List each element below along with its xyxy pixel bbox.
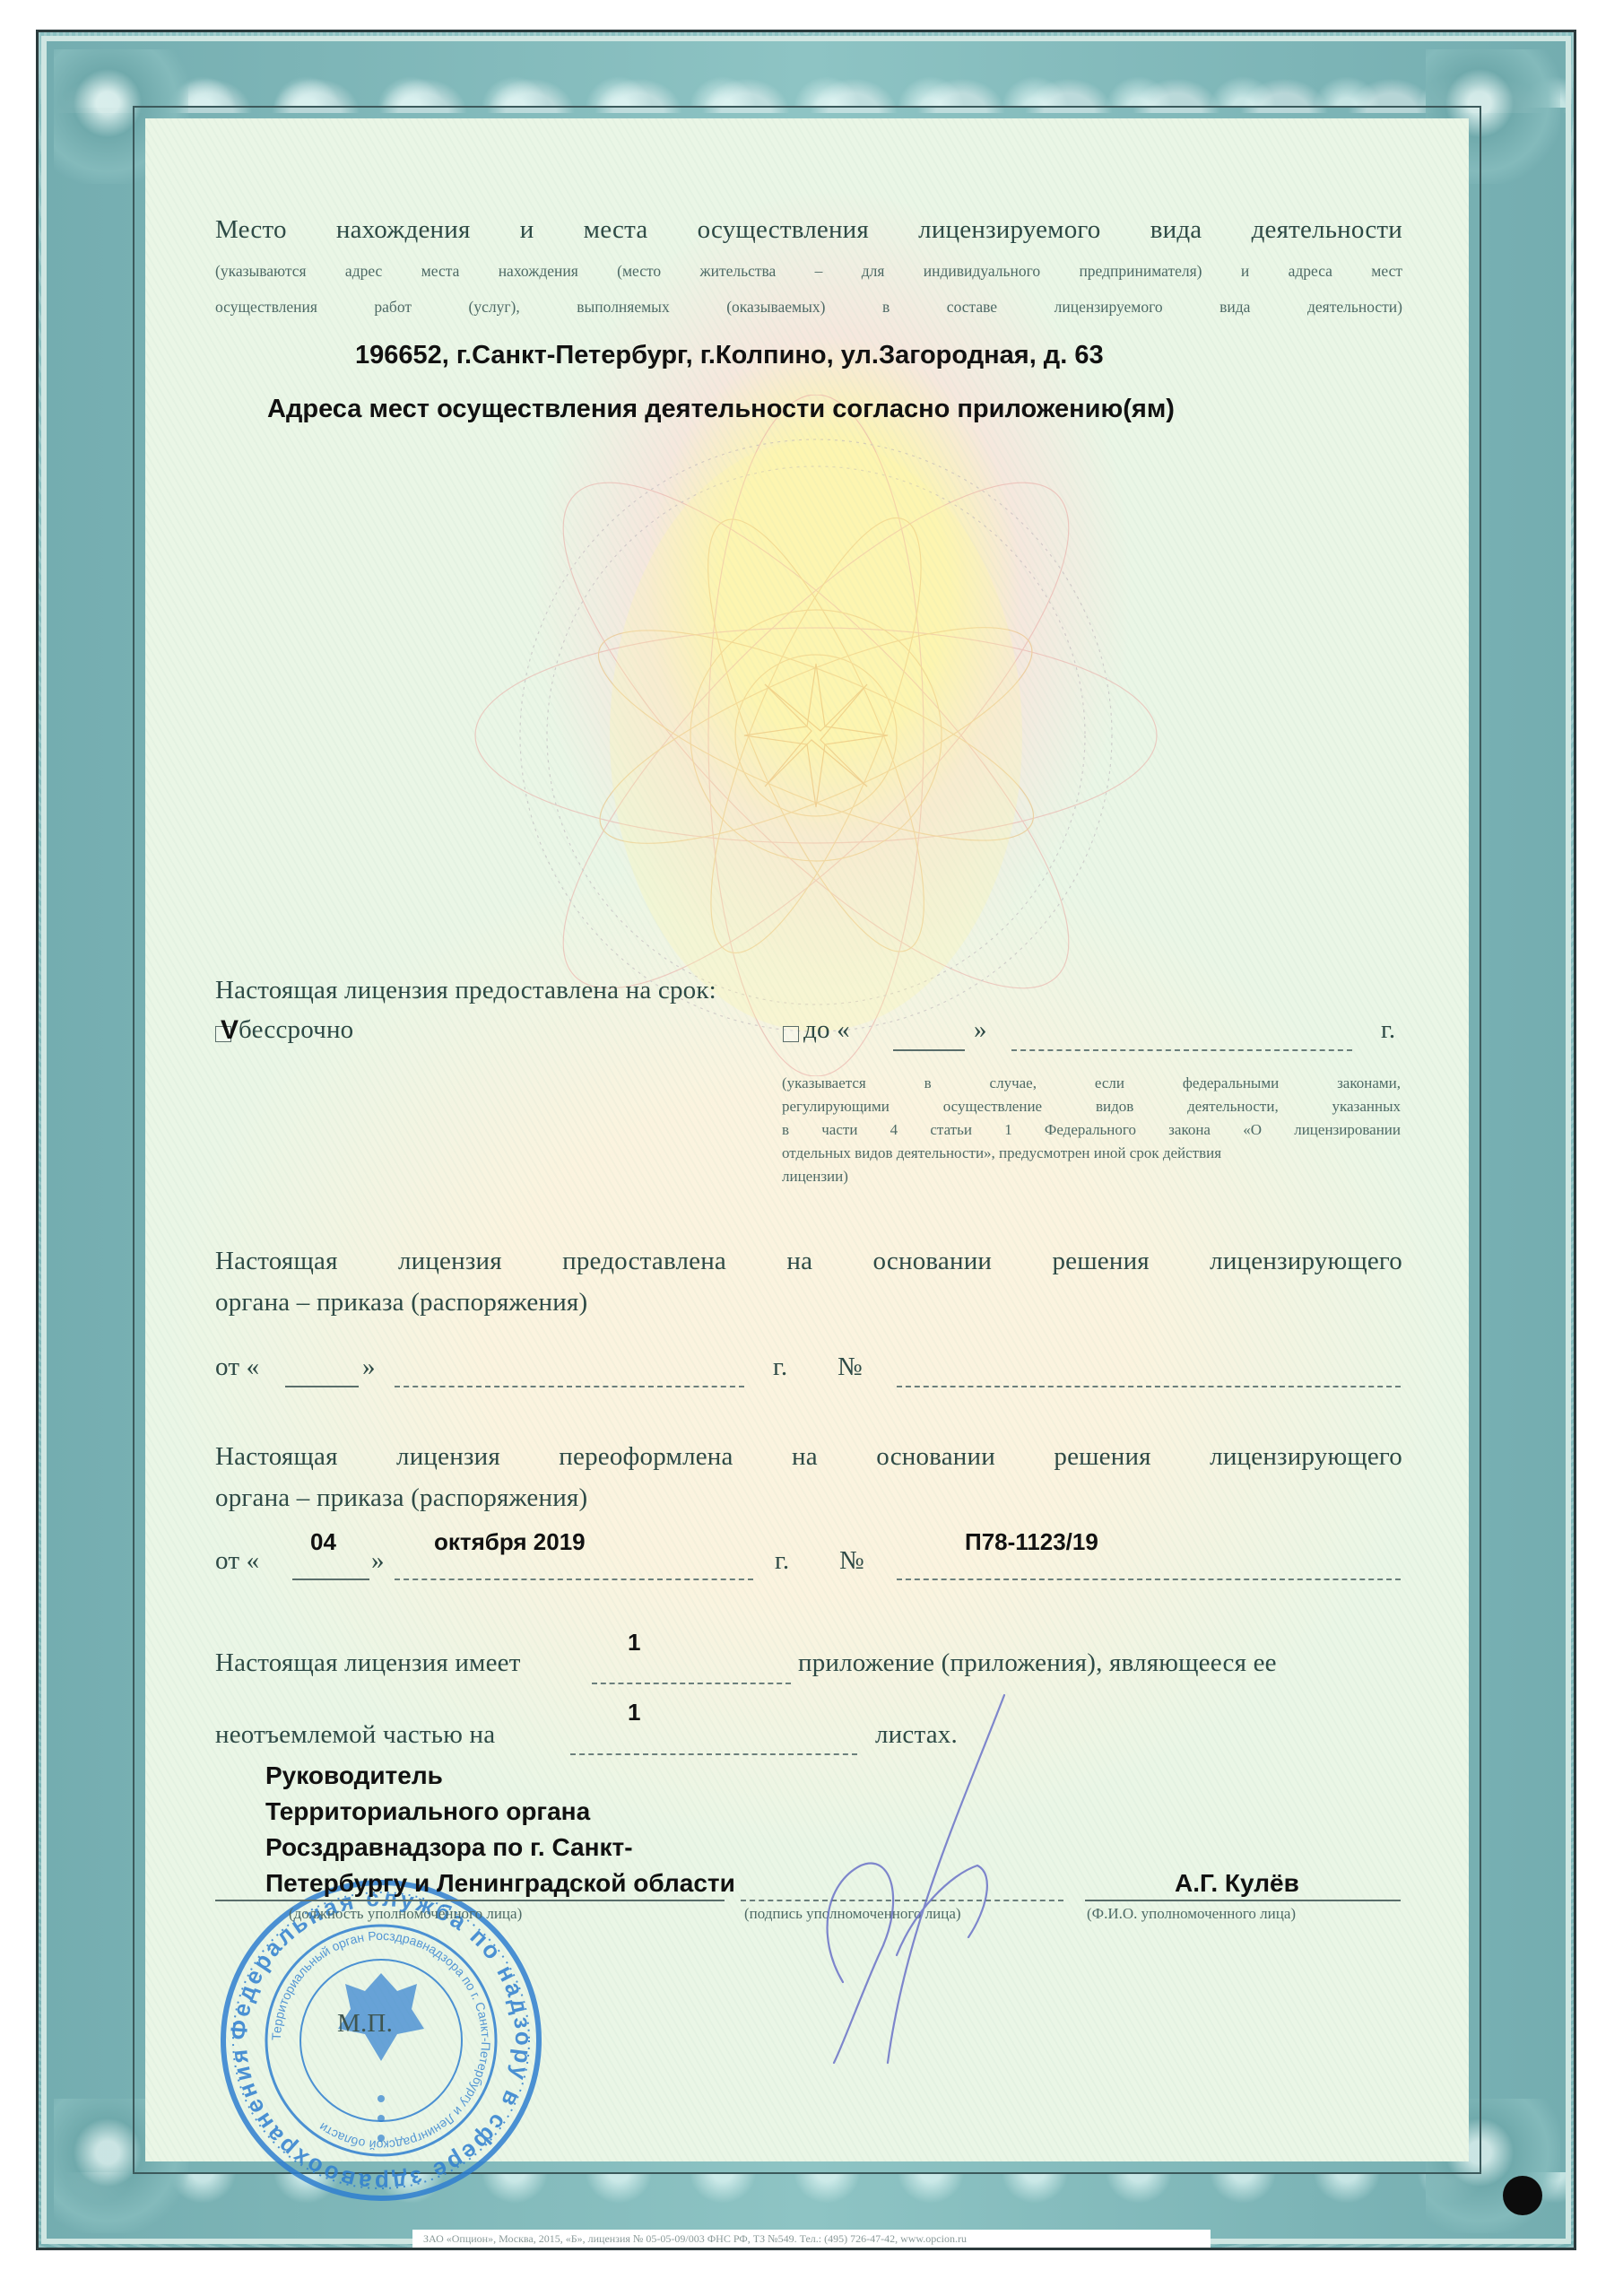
reissued-day-field[interactable] [292, 1578, 369, 1580]
caption-position: (должность уполномоченного лица) [289, 1905, 522, 1923]
reissued-day: 04 [310, 1528, 336, 1556]
granted-day-field[interactable] [285, 1386, 359, 1387]
location-hint-line-1: (указываются адрес места нахождения (мес… [215, 262, 1402, 281]
reissued-basis-line-1: Настоящая лицензия переоформлена на осно… [215, 1442, 1402, 1472]
position-line [215, 1900, 725, 1901]
reissued-month-year-field[interactable] [395, 1578, 753, 1580]
granted-number-field[interactable] [897, 1386, 1401, 1387]
reissued-order-number: П78-1123/19 [965, 1528, 1098, 1556]
term-heading: Настоящая лицензия предоставлена на срок… [215, 976, 716, 1005]
granted-month-year-field[interactable] [395, 1386, 744, 1387]
appendix-sheets: 1 [628, 1699, 640, 1726]
reissued-month-year: октября 2019 [434, 1528, 586, 1556]
granted-basis-line-2: органа – приказа (распоряжения) [215, 1288, 587, 1318]
reissued-basis-line-2: органа – приказа (распоряжения) [215, 1483, 587, 1513]
until-year-suffix: г. [1381, 1015, 1395, 1045]
check-mark-icon: V [221, 1015, 239, 1046]
until-checkbox[interactable] [783, 1026, 799, 1042]
reissued-number-field[interactable] [897, 1578, 1401, 1580]
signature-line[interactable] [741, 1900, 1063, 1901]
granted-basis-line-1: Настоящая лицензия предоставлена на осно… [215, 1247, 1402, 1276]
seal-place-label: М.П. [337, 2009, 393, 2039]
hole-punch-mark [1503, 2176, 1542, 2215]
appendix-sheets-field[interactable] [570, 1753, 857, 1755]
until-day-field[interactable] [893, 1049, 965, 1051]
name-line [1085, 1900, 1401, 1901]
until-quote-close: » [974, 1015, 987, 1045]
appendix-count-field[interactable] [592, 1683, 791, 1684]
location-heading: Место нахождения и места осуществления л… [215, 215, 1402, 245]
number-sign: № [838, 1352, 863, 1382]
caption-signature: (подпись уполномоченного лица) [744, 1905, 961, 1923]
number-sign: № [839, 1546, 864, 1576]
until-prefix: до « [803, 1015, 850, 1045]
official-seal-stamp: Федеральная служба по надзору в сфере зд… [215, 1874, 547, 2206]
signatory-name: А.Г. Кулёв [1175, 1869, 1299, 1898]
indefinite-label: бессрочно [239, 1015, 353, 1045]
caption-name: (Ф.И.О. уполномоченного лица) [1087, 1905, 1296, 1923]
appendix-count: 1 [628, 1629, 640, 1657]
until-month-year-field[interactable] [1011, 1049, 1352, 1051]
location-hint-line-2: осуществления работ (услуг), выполняемых… [215, 298, 1402, 317]
addresses-note: Адреса мест осуществления деятельности с… [267, 395, 1175, 424]
printer-imprint: ЗАО «Опцион», Москва, 2015, «Б», лицензи… [412, 2230, 1211, 2248]
license-address: 196652, г.Санкт-Петербург, г.Колпино, ул… [355, 341, 1104, 370]
